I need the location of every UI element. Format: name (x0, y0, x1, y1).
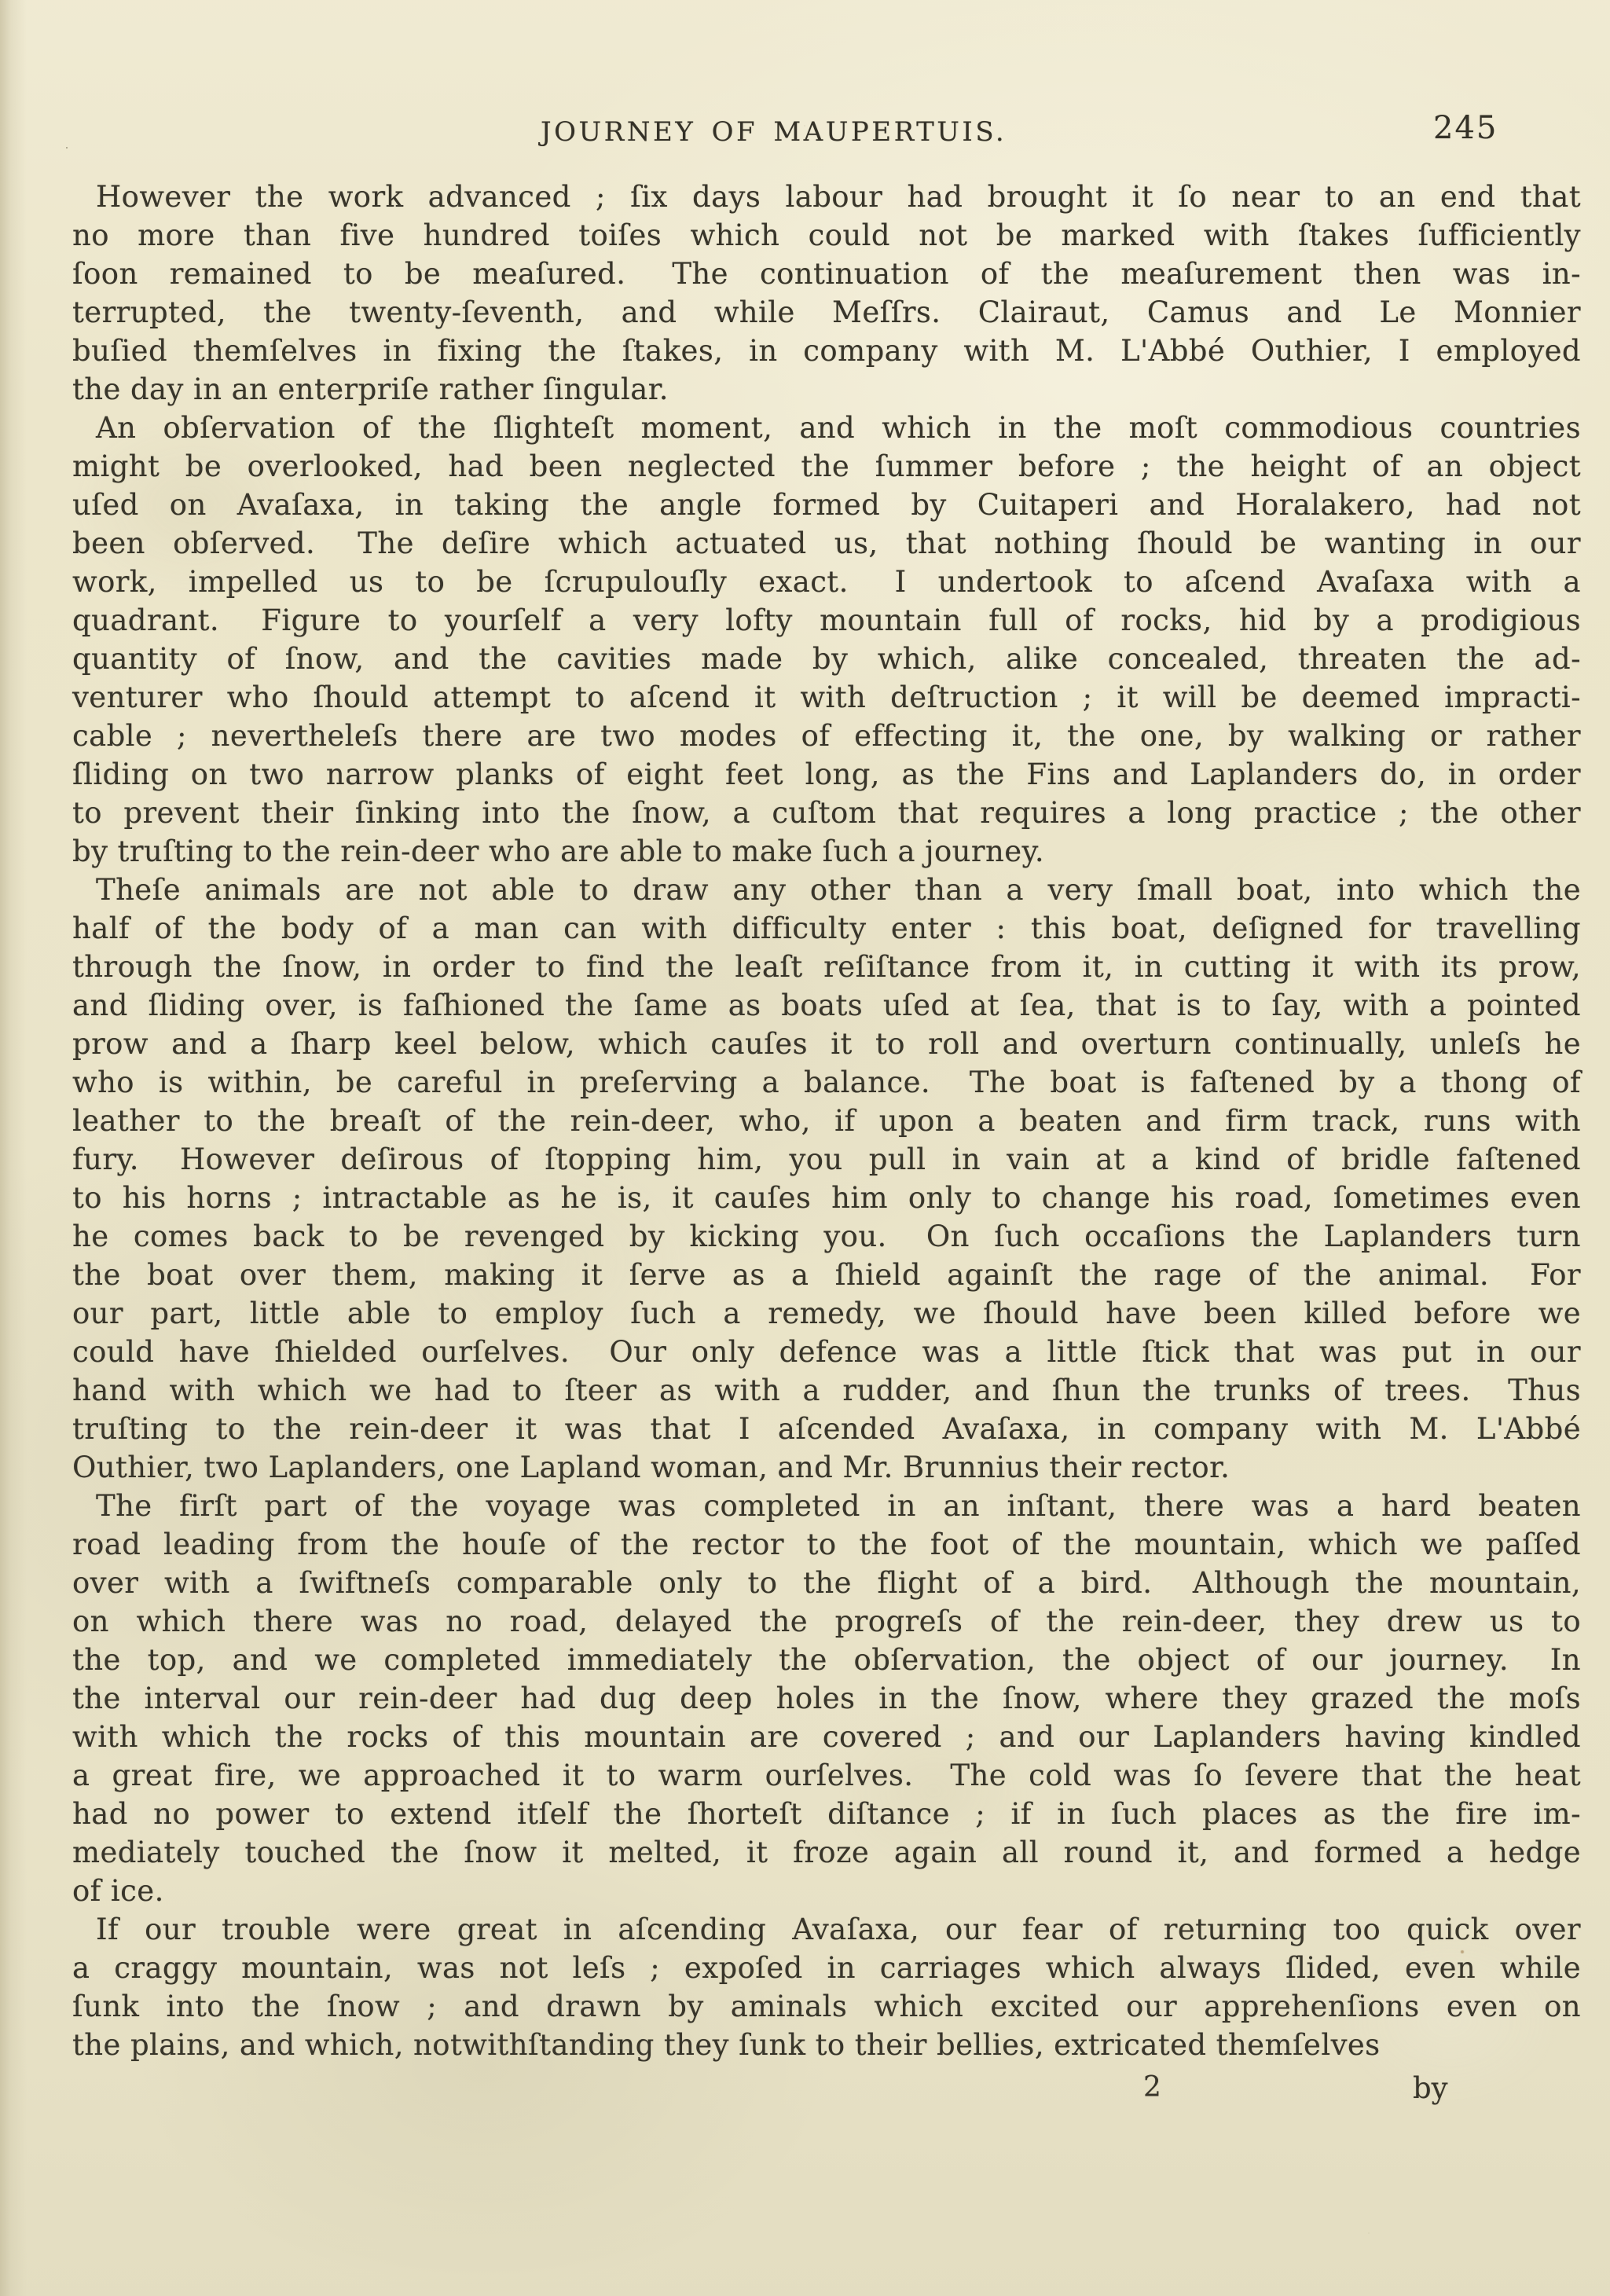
text-line: half of the body of a man can with diffi… (72, 909, 1581, 948)
text-line: been obſerved. The deſire which actuated… (72, 524, 1581, 563)
text-line: venturer who ſhould attempt to aſcend it… (72, 678, 1581, 717)
text-line: leather to the breaſt of the rein-deer, … (72, 1102, 1581, 1140)
running-header: JOURNEY OF MAUPERTUIS. 245 (0, 0, 1610, 173)
text-line: uſed on Avaſaxa, in taking the angle for… (72, 486, 1581, 524)
page-number: 245 (1433, 110, 1498, 146)
paragraph: If our trouble were great in aſcending A… (72, 1910, 1581, 2064)
text-line: quadrant. Figure to yourſelf a very loft… (72, 601, 1581, 640)
text-line: of ice. (72, 1872, 1581, 1910)
text-line: no more than five hundred toiſes which c… (72, 216, 1581, 255)
paragraph: However the work advanced ; ſix days lab… (72, 178, 1581, 409)
text-line: ſliding on two narrow planks of eight fe… (72, 755, 1581, 794)
signature-mark: 2 (1143, 2071, 1161, 2103)
text-line: If our trouble were great in aſcending A… (72, 1910, 1581, 1949)
paragraph: An obſervation of the ſlighteſt moment, … (72, 409, 1581, 871)
paragraph: Theſe animals are not able to draw any o… (72, 871, 1581, 1487)
text-line: a craggy mountain, was not leſs ; expoſe… (72, 1949, 1581, 1987)
text-line: by truſting to the rein-deer who are abl… (72, 832, 1581, 871)
text-line: to prevent their ſinking into the ſnow, … (72, 794, 1581, 832)
text-line: work, impelled us to be ſcrupulouſly exa… (72, 563, 1581, 601)
page-footer: 2 by (0, 2071, 1610, 2126)
text-line: with which the rocks of this mountain ar… (72, 1718, 1581, 1756)
text-line: quantity of ſnow, and the cavities made … (72, 640, 1581, 678)
catchword: by (1413, 2071, 1448, 2105)
text-line: and ſliding over, is faſhioned the ſame … (72, 986, 1581, 1025)
text-line: road leading from the houſe of the recto… (72, 1525, 1581, 1564)
text-line: mediately touched the ſnow it melted, it… (72, 1833, 1581, 1872)
text-line: the day in an enterpriſe rather ſingular… (72, 370, 1581, 409)
text-line: The firſt part of the voyage was complet… (72, 1487, 1581, 1525)
text-line: terrupted, the twenty-ſeventh, and while… (72, 293, 1581, 332)
page-title: JOURNEY OF MAUPERTUIS. (541, 116, 1007, 148)
text-line: hand with which we had to ſteer as with … (72, 1371, 1581, 1410)
text-line: cable ; nevertheleſs there are two modes… (72, 717, 1581, 755)
text-line: Outhier, two Laplanders, one Lapland wom… (72, 1448, 1581, 1487)
text-line: fury. However deſirous of ſtopping him, … (72, 1140, 1581, 1179)
text-block: However the work advanced ; ſix days lab… (72, 178, 1581, 2064)
paragraph: The firſt part of the voyage was complet… (72, 1487, 1581, 1910)
text-line: on which there was no road, delayed the … (72, 1602, 1581, 1641)
text-line: had no power to extend itſelf the ſhorte… (72, 1795, 1581, 1833)
text-line: buſied themſelves in fixing the ſtakes, … (72, 332, 1581, 370)
text-line: the boat over them, making it ſerve as a… (72, 1256, 1581, 1294)
text-line: truſting to the rein-deer it was that I … (72, 1410, 1581, 1448)
text-line: a great fire, we approached it to warm o… (72, 1756, 1581, 1795)
text-line: our part, little able to employ ſuch a r… (72, 1294, 1581, 1333)
text-line: An obſervation of the ſlighteſt moment, … (72, 409, 1581, 447)
text-line: the interval our rein-deer had dug deep … (72, 1679, 1581, 1718)
text-line: prow and a ſharp keel below, which cauſe… (72, 1025, 1581, 1063)
text-line: might be overlooked, had been neglected … (72, 447, 1581, 486)
text-line: ſoon remained to be meaſured. The contin… (72, 255, 1581, 293)
text-line: However the work advanced ; ſix days lab… (72, 178, 1581, 216)
text-line: who is within, be careful in preſerving … (72, 1063, 1581, 1102)
text-line: could have ſhielded ourſelves. Our only … (72, 1333, 1581, 1371)
text-line: to his horns ; intractable as he is, it … (72, 1179, 1581, 1217)
text-line: he comes back to be revenged by kicking … (72, 1217, 1581, 1256)
text-line: the plains, and which, notwithſtanding t… (72, 2026, 1581, 2064)
text-line: through the ſnow, in order to find the l… (72, 948, 1581, 986)
text-line: the top, and we completed immediately th… (72, 1641, 1581, 1679)
text-line: ſunk into the ſnow ; and drawn by aminal… (72, 1987, 1581, 2026)
text-line: Theſe animals are not able to draw any o… (72, 871, 1581, 909)
text-line: over with a ſwiftneſs comparable only to… (72, 1564, 1581, 1602)
book-page: JOURNEY OF MAUPERTUIS. 245 However the w… (0, 0, 1610, 2296)
